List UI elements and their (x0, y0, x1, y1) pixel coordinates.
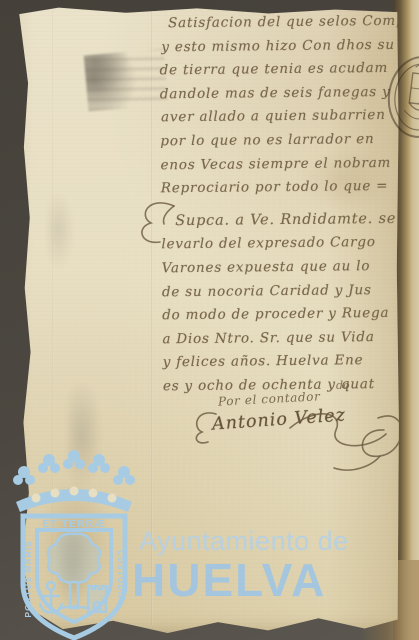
manuscript-superscript: do (336, 379, 350, 392)
tower-icon (88, 586, 106, 612)
paragraph-flourish (136, 198, 180, 246)
ink-smudge (48, 190, 74, 270)
manuscript-line: de tierra que tenia es acudam (159, 57, 409, 83)
crown-icon (13, 450, 135, 512)
manuscript-line: y felices años. Huelva Ene (163, 349, 413, 375)
manuscript-line: enos Vecas siempre el nobram (160, 151, 410, 177)
manuscript-line: levarlo del expresado Cargo (161, 231, 411, 257)
manuscript-line: Reprociario por todo lo que = (161, 175, 411, 201)
signature-rubric (282, 404, 414, 482)
manuscript-line: dandole mas de seis fanegas y (160, 80, 410, 106)
manuscript-line: a Dios Ntro. Sr. que su Vida (162, 325, 412, 351)
anchor-icon (40, 582, 62, 612)
handwritten-text-block: Satisfacion del que selos Compra y esto … (159, 10, 413, 399)
manuscript-line: por lo que no es larrador en (160, 128, 410, 154)
bleedthrough-stamp (84, 49, 169, 112)
watermark-city-name: HUELVA (132, 553, 326, 607)
crest-motto-top: ET TERRÆ (42, 518, 105, 530)
signature-initial-flourish (190, 408, 220, 446)
manuscript-line: Satisfacion del que selos Compra (159, 10, 409, 36)
manuscript-line: Supca. a Ve. Rndidamte. se sirva (161, 207, 411, 233)
crest-motto-right: CUSTODIA (116, 550, 126, 602)
crest-motto-left: PORTUS MARIS (23, 540, 33, 617)
manuscript-line: aver allado a quien subarrien (160, 104, 410, 130)
scanned-document-page: Satisfacion del que selos Compra y esto … (0, 0, 419, 640)
manuscript-line: de su nocoria Caridad y Jus (162, 278, 412, 304)
manuscript-line: y esto mismo hizo Con dhos su (159, 33, 409, 59)
huelva-coat-of-arms: ET TERRÆ PORTUS MARIS CUSTODIA (10, 446, 138, 640)
manuscript-line: Varones expuesta que au lo (162, 255, 412, 281)
manuscript-line: do modo de proceder y Ruega (162, 302, 412, 328)
